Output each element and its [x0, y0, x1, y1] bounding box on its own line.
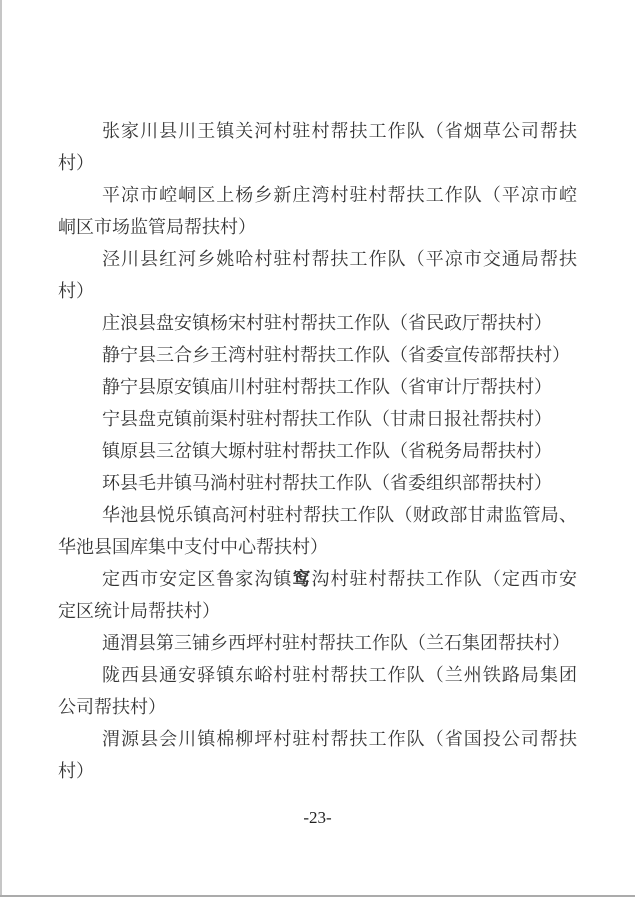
text-line: 华池县国库集中支付中心帮扶村）: [58, 531, 577, 563]
text-line: 村）: [58, 147, 577, 179]
text-line: 静宁县三合乡王湾村驻村帮扶工作队（省委宣传部帮扶村）: [58, 339, 577, 371]
paragraph: 通渭县第三铺乡西坪村驻村帮扶工作队（兰石集团帮扶村）: [58, 627, 577, 659]
text-line: 定区统计局帮扶村）: [58, 595, 577, 627]
paragraph: 定西市安定区鲁家沟镇窎沟村驻村帮扶工作队（定西市安定区统计局帮扶村）: [58, 563, 577, 627]
text-line: 村）: [58, 275, 577, 307]
document-page: { "page": { "background": "#ffffff", "te…: [0, 0, 635, 897]
text-line: 泾川县红河乡姚哈村驻村帮扶工作队（平凉市交通局帮扶: [58, 243, 577, 275]
text-line: 张家川县川王镇关河村驻村帮扶工作队（省烟草公司帮扶: [58, 115, 577, 147]
paragraph: 镇原县三岔镇大塬村驻村帮扶工作队（省税务局帮扶村）: [58, 435, 577, 467]
text-line: 村）: [58, 755, 577, 787]
text-line: 陇西县通安驿镇东峪村驻村帮扶工作队（兰州铁路局集团: [58, 659, 577, 691]
text-line: 平凉市崆峒区上杨乡新庄湾村驻村帮扶工作队（平凉市崆: [58, 179, 577, 211]
page-left-edge: [0, 0, 2, 897]
paragraph: 泾川县红河乡姚哈村驻村帮扶工作队（平凉市交通局帮扶村）: [58, 243, 577, 307]
paragraph: 平凉市崆峒区上杨乡新庄湾村驻村帮扶工作队（平凉市崆峒区市场监管局帮扶村）: [58, 179, 577, 243]
page-number: -23-: [0, 807, 635, 829]
paragraph: 静宁县三合乡王湾村驻村帮扶工作队（省委宣传部帮扶村）: [58, 339, 577, 371]
paragraph: 华池县悦乐镇高河村驻村帮扶工作队（财政部甘肃监管局、华池县国库集中支付中心帮扶村…: [58, 499, 577, 563]
paragraph: 环县毛井镇马淌村驻村帮扶工作队（省委组织部帮扶村）: [58, 467, 577, 499]
text-line: 环县毛井镇马淌村驻村帮扶工作队（省委组织部帮扶村）: [58, 467, 577, 499]
text-line: 庄浪县盘安镇杨宋村驻村帮扶工作队（省民政厅帮扶村）: [58, 307, 577, 339]
paragraph: 张家川县川王镇关河村驻村帮扶工作队（省烟草公司帮扶村）: [58, 115, 577, 179]
paragraph: 静宁县原安镇庙川村驻村帮扶工作队（省审计厅帮扶村）: [58, 371, 577, 403]
paragraph: 庄浪县盘安镇杨宋村驻村帮扶工作队（省民政厅帮扶村）: [58, 307, 577, 339]
paragraph: 陇西县通安驿镇东峪村驻村帮扶工作队（兰州铁路局集团公司帮扶村）: [58, 659, 577, 723]
text-line: 渭源县会川镇棉柳坪村驻村帮扶工作队（省国投公司帮扶: [58, 723, 577, 755]
paragraph: 渭源县会川镇棉柳坪村驻村帮扶工作队（省国投公司帮扶村）: [58, 723, 577, 787]
text-line: 宁县盘克镇前渠村驻村帮扶工作队（甘肃日报社帮扶村）: [58, 403, 577, 435]
document-body: 张家川县川王镇关河村驻村帮扶工作队（省烟草公司帮扶村）平凉市崆峒区上杨乡新庄湾村…: [58, 115, 577, 787]
paragraph: 宁县盘克镇前渠村驻村帮扶工作队（甘肃日报社帮扶村）: [58, 403, 577, 435]
text-line: 峒区市场监管局帮扶村）: [58, 211, 577, 243]
rare-character-bold: 窎: [292, 569, 311, 589]
text-line: 华池县悦乐镇高河村驻村帮扶工作队（财政部甘肃监管局、: [58, 499, 577, 531]
text-line: 定西市安定区鲁家沟镇窎沟村驻村帮扶工作队（定西市安: [58, 563, 577, 595]
text-line: 镇原县三岔镇大塬村驻村帮扶工作队（省税务局帮扶村）: [58, 435, 577, 467]
text-line: 公司帮扶村）: [58, 691, 577, 723]
text-line: 静宁县原安镇庙川村驻村帮扶工作队（省审计厅帮扶村）: [58, 371, 577, 403]
text-line: 通渭县第三铺乡西坪村驻村帮扶工作队（兰石集团帮扶村）: [58, 627, 577, 659]
